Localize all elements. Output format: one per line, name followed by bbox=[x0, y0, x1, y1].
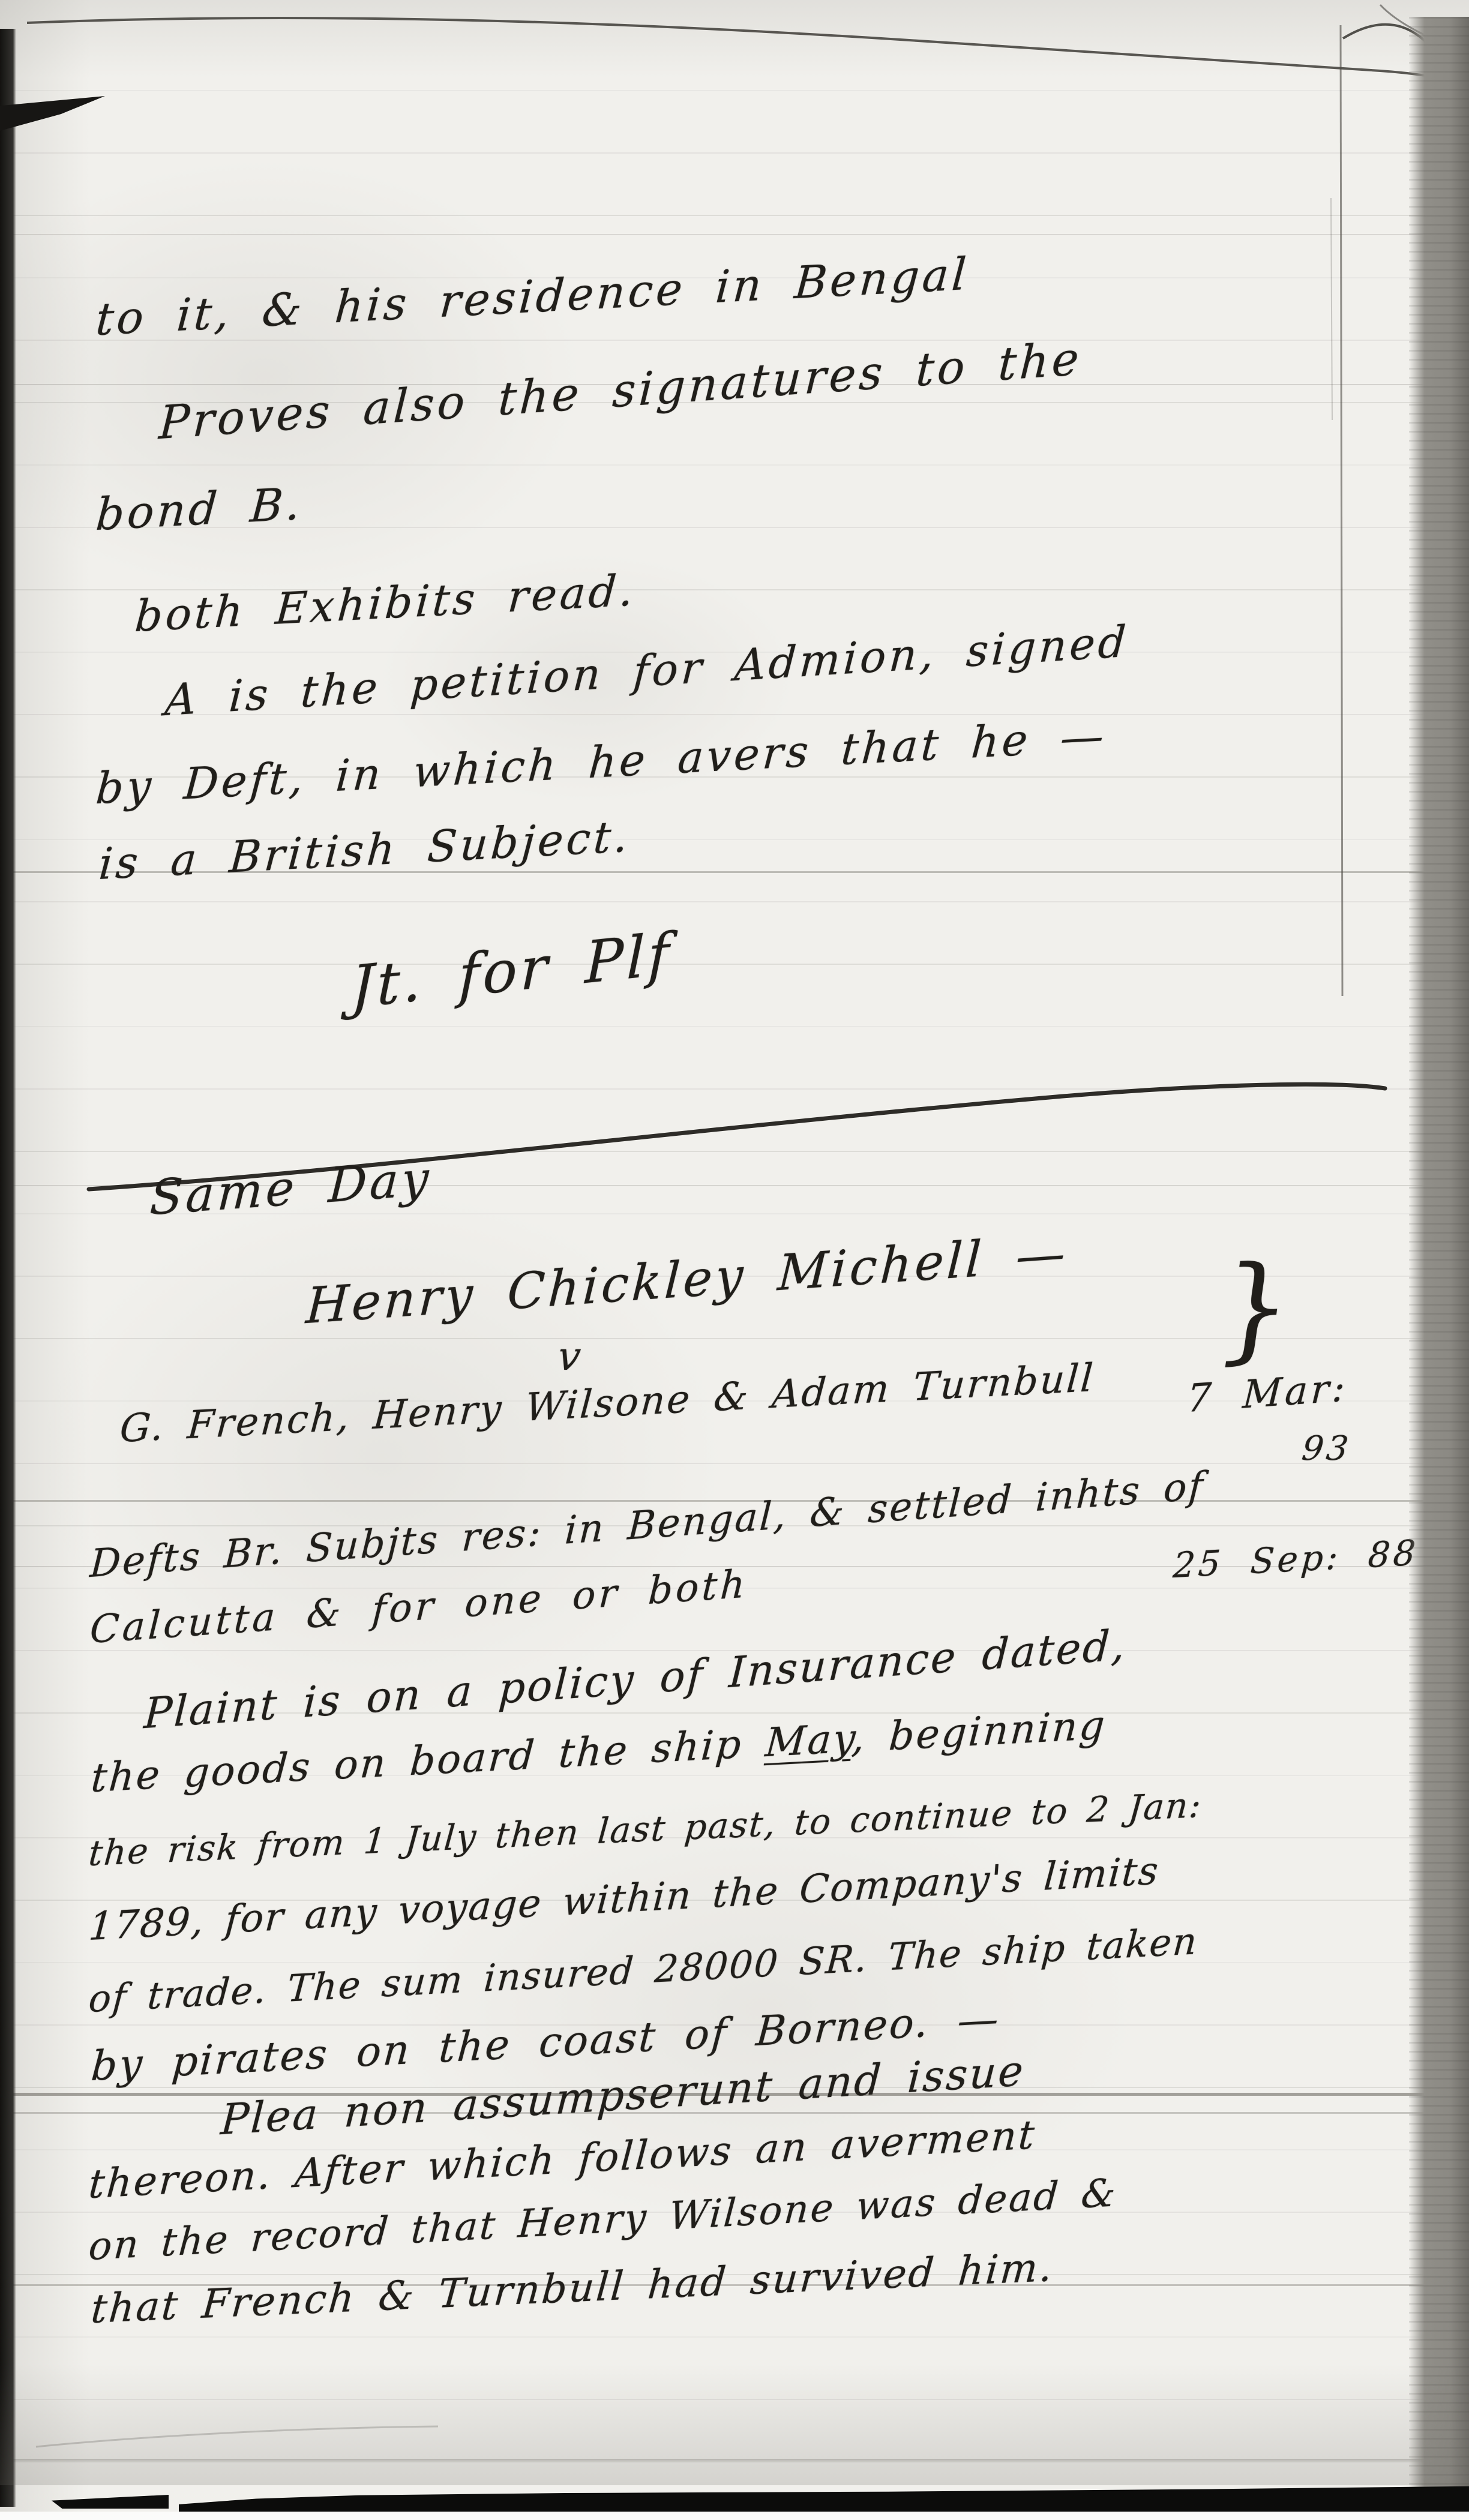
hearing-year: 93 bbox=[1300, 1429, 1353, 1468]
top-edge-line bbox=[27, 18, 1469, 84]
left-binding-edge bbox=[0, 29, 16, 2507]
right-margin-rule bbox=[1341, 25, 1342, 996]
right-gutter-shadow bbox=[1409, 17, 1469, 2495]
right-margin-rule-faint bbox=[1331, 198, 1332, 420]
note-residence-line-3: bond B. bbox=[94, 478, 305, 541]
bottom-page-shadow bbox=[0, 2364, 1469, 2485]
manuscript-page: to it, & his residence in BengalProves a… bbox=[0, 0, 1469, 2512]
case-title-brace: } bbox=[1215, 1249, 1294, 1367]
scan-background-strip bbox=[0, 2512, 1469, 2520]
